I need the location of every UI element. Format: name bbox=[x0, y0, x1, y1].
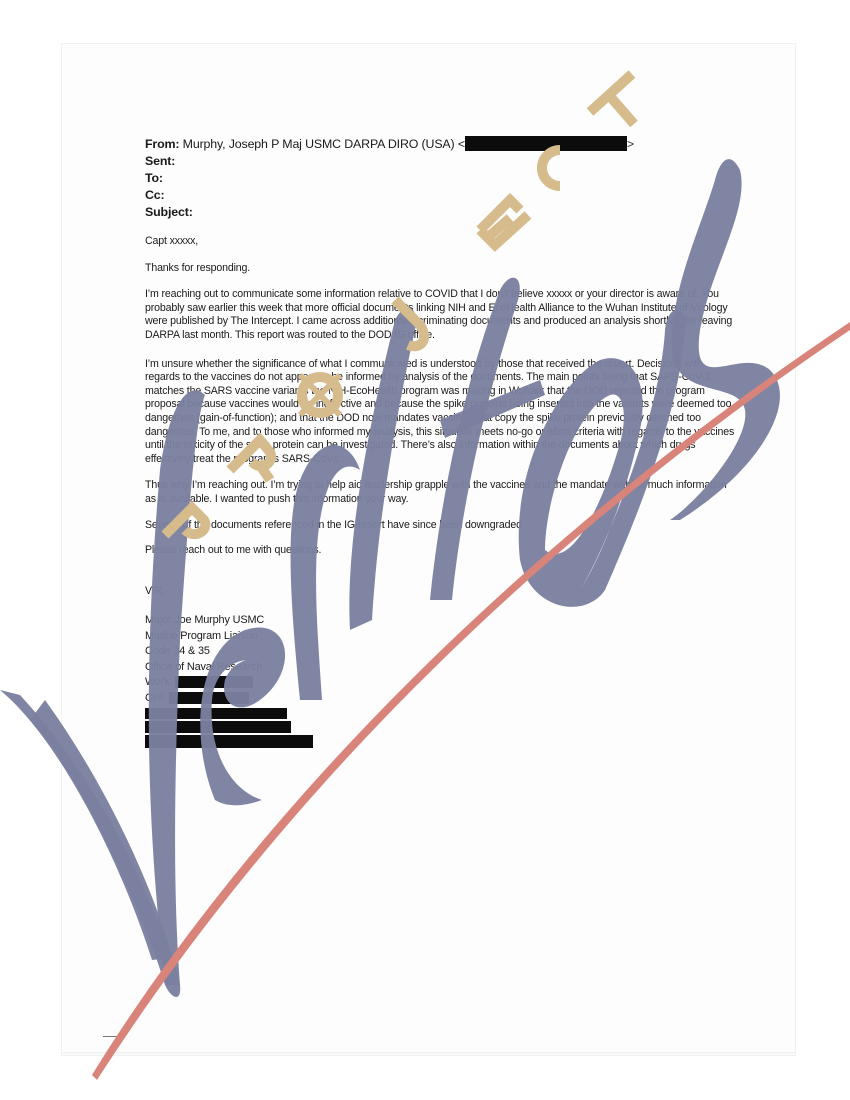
redaction-bar bbox=[145, 735, 313, 748]
signature-name: Major Joe Murphy USMC bbox=[145, 613, 735, 629]
subject-label: Subject: bbox=[145, 205, 193, 219]
paragraph: Please reach out to me with questions. bbox=[145, 544, 735, 558]
signature-cell: Cell: bbox=[145, 691, 735, 707]
subject-row: Subject: bbox=[145, 204, 735, 221]
signature-block: Major Joe Murphy USMC Marine Program Lia… bbox=[145, 613, 735, 748]
cc-row: Cc: bbox=[145, 187, 735, 204]
sent-row: Sent: bbox=[145, 153, 735, 170]
redaction-bar bbox=[145, 708, 287, 719]
signature-title: Marine Program Liaison bbox=[145, 629, 735, 645]
sent-label: Sent: bbox=[145, 154, 175, 168]
signature-work: Work: bbox=[145, 675, 735, 691]
paragraph: I’m reaching out to communicate some inf… bbox=[145, 288, 735, 342]
redaction-bar bbox=[465, 136, 627, 151]
signature-code: Code 34 & 35 bbox=[145, 644, 735, 660]
page-mark bbox=[103, 1036, 121, 1037]
paragraph: Thus why I’m reaching out. I’m trying to… bbox=[145, 479, 735, 506]
signature-office: Office of Naval Research bbox=[145, 660, 735, 676]
email-document: From: Murphy, Joseph P Maj USMC DARPA DI… bbox=[145, 136, 735, 748]
from-suffix: > bbox=[627, 137, 634, 151]
redaction-bar bbox=[169, 692, 249, 704]
from-label: From: bbox=[145, 137, 179, 151]
work-label: Work: bbox=[145, 676, 173, 688]
page-edge bbox=[62, 1052, 795, 1055]
to-row: To: bbox=[145, 170, 735, 187]
from-value: Murphy, Joseph P Maj USMC DARPA DIRO (US… bbox=[183, 137, 465, 151]
email-header: From: Murphy, Joseph P Maj USMC DARPA DI… bbox=[145, 136, 735, 221]
paragraph: Several of the documents referenced in t… bbox=[145, 519, 735, 533]
closing: V/R, bbox=[145, 585, 735, 599]
cell-label: Cell: bbox=[145, 692, 166, 704]
paragraph: Thanks for responding. bbox=[145, 262, 735, 276]
redaction-bar bbox=[175, 676, 253, 688]
greeting: Capt xxxxx, bbox=[145, 235, 735, 249]
paragraph: I’m unsure whether the significance of w… bbox=[145, 358, 735, 467]
from-row: From: Murphy, Joseph P Maj USMC DARPA DI… bbox=[145, 136, 735, 153]
redaction-bar bbox=[145, 721, 291, 733]
cc-label: Cc: bbox=[145, 188, 165, 202]
to-label: To: bbox=[145, 171, 163, 185]
